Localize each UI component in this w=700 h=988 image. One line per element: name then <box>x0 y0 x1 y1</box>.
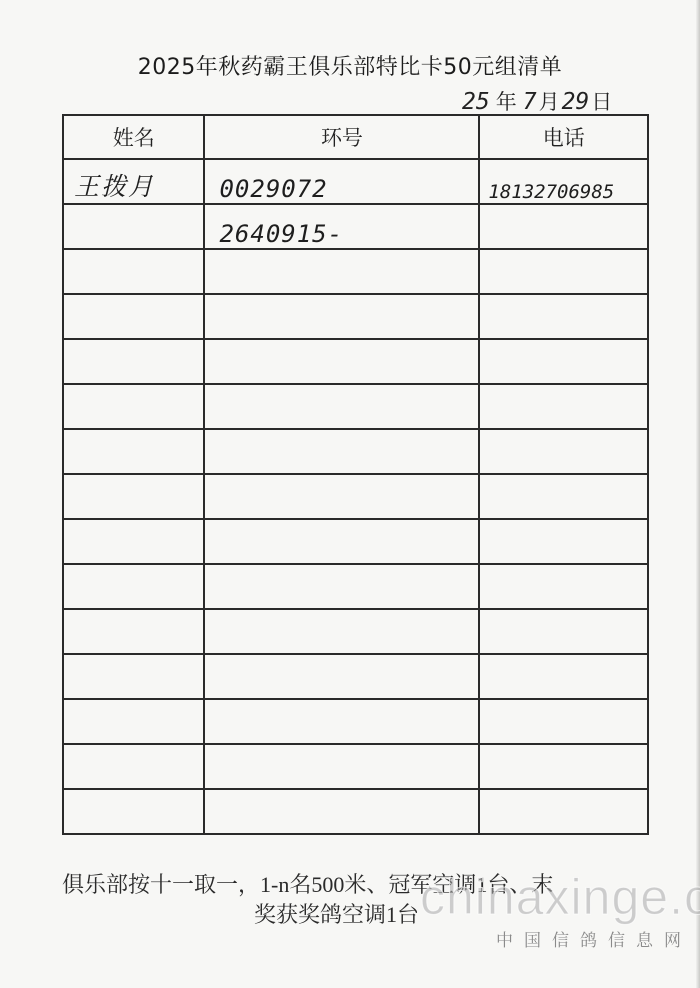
date-year-label: 年 <box>496 90 517 114</box>
name-cell: 王拨月 <box>63 159 204 204</box>
ring-number-cell <box>204 744 479 789</box>
ring-number-cell <box>204 609 479 654</box>
ring-number-cell <box>204 519 479 564</box>
table-row <box>63 384 648 429</box>
header-ring-number: 环号 <box>204 115 479 159</box>
ring-number-cell: 2640915- <box>204 204 479 249</box>
table-row <box>63 294 648 339</box>
date-month: 7 <box>523 89 537 115</box>
date-year: 25 <box>462 89 490 115</box>
phone-cell <box>479 654 648 699</box>
phone-cell <box>479 474 648 519</box>
name-cell <box>63 744 204 789</box>
table-row <box>63 249 648 294</box>
table-row <box>63 564 648 609</box>
name-cell <box>63 429 204 474</box>
table-row <box>63 654 648 699</box>
phone-cell <box>479 789 648 834</box>
name-cell <box>63 474 204 519</box>
ring-number-cell <box>204 249 479 294</box>
registration-table: 姓名 环号 电话 王拨月0029072181327069852640915- <box>62 114 649 835</box>
phone-cell <box>479 744 648 789</box>
name-cell <box>63 204 204 249</box>
date-day-label: 日 <box>591 90 612 114</box>
table-row <box>63 519 648 564</box>
ring-number-cell <box>204 564 479 609</box>
date-month-label: 月 <box>539 90 560 114</box>
document-title: 2025年秋药霸王俱乐部特比卡50元组清单 <box>0 50 700 81</box>
name-cell <box>63 384 204 429</box>
table-row <box>63 474 648 519</box>
table-row <box>63 429 648 474</box>
table-header-row: 姓名 环号 电话 <box>63 115 648 159</box>
watermark-chinese: 中国信鸽信息网 <box>496 926 692 951</box>
phone-cell <box>479 609 648 654</box>
name-cell <box>63 609 204 654</box>
phone-cell <box>479 294 648 339</box>
phone-cell <box>479 204 648 249</box>
watermark-latin: chinaxinge.com <box>420 868 700 926</box>
table-row <box>63 609 648 654</box>
name-cell <box>63 519 204 564</box>
ring-number-cell <box>204 474 479 519</box>
table-row <box>63 744 648 789</box>
phone-cell <box>479 699 648 744</box>
ring-number-cell <box>204 339 479 384</box>
phone-cell <box>479 429 648 474</box>
header-phone: 电话 <box>479 115 648 159</box>
phone-cell <box>479 384 648 429</box>
scan-page-edge <box>696 0 700 988</box>
phone-cell <box>479 519 648 564</box>
phone-cell <box>479 249 648 294</box>
name-cell <box>63 564 204 609</box>
ring-number-cell <box>204 699 479 744</box>
ring-number-cell <box>204 654 479 699</box>
document-date: 25年7月29日 <box>462 86 612 116</box>
header-name: 姓名 <box>63 115 204 159</box>
phone-cell <box>479 564 648 609</box>
name-cell <box>63 789 204 834</box>
name-cell <box>63 249 204 294</box>
ring-number-cell <box>204 294 479 339</box>
phone-cell <box>479 339 648 384</box>
table-row <box>63 339 648 384</box>
ring-number-cell: 0029072 <box>204 159 479 204</box>
phone-cell: 18132706985 <box>479 159 648 204</box>
table-row <box>63 699 648 744</box>
table-row: 2640915- <box>63 204 648 249</box>
name-cell <box>63 294 204 339</box>
ring-number-cell <box>204 384 479 429</box>
name-cell <box>63 339 204 384</box>
table-row: 王拨月002907218132706985 <box>63 159 648 204</box>
table-row <box>63 789 648 834</box>
name-cell <box>63 654 204 699</box>
ring-number-cell <box>204 429 479 474</box>
ring-number-cell <box>204 789 479 834</box>
date-day: 29 <box>562 89 590 115</box>
name-cell <box>63 699 204 744</box>
